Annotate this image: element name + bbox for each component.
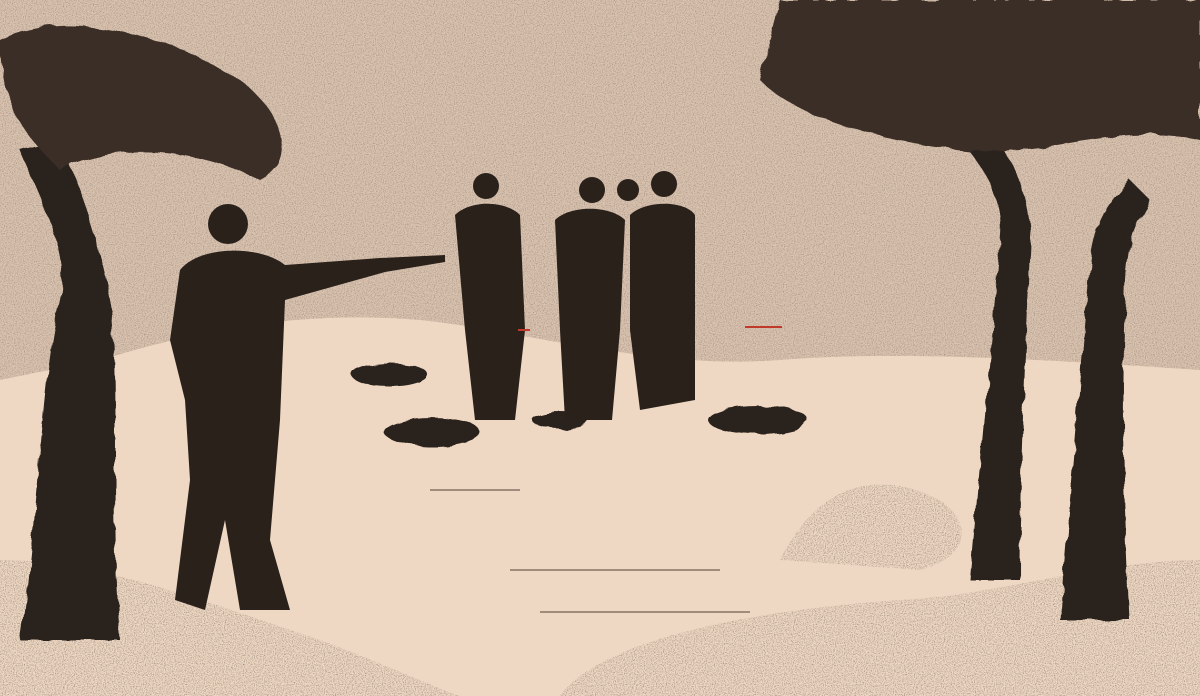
illustration xyxy=(0,0,1200,696)
engraving-scene xyxy=(0,0,1200,696)
